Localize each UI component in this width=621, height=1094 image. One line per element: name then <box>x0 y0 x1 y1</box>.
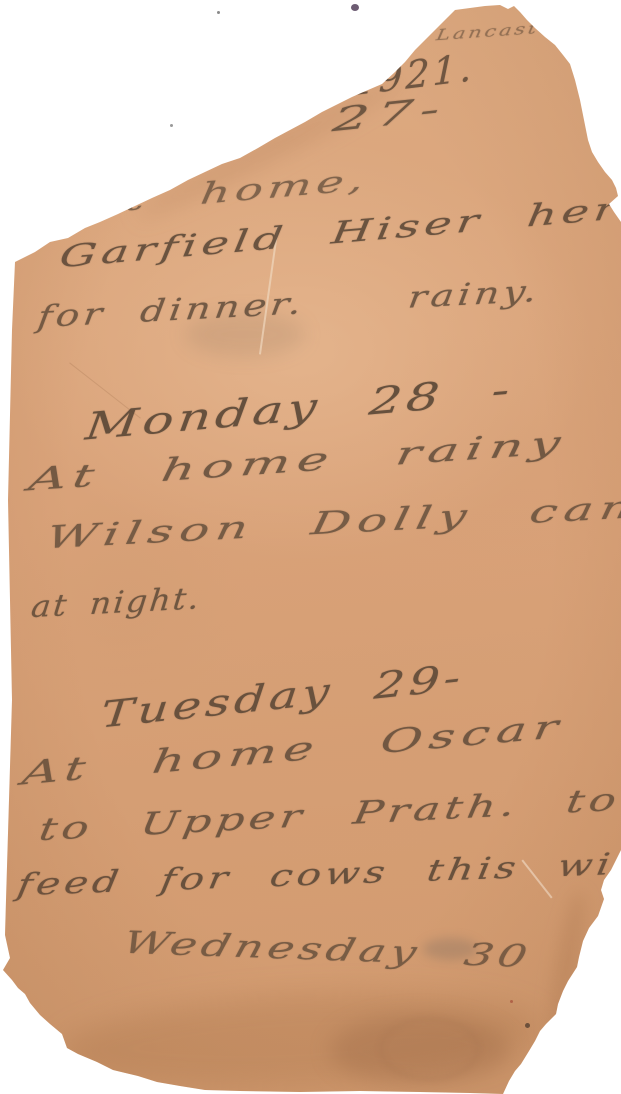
line-day-27: day 27- <box>126 89 449 161</box>
line-upper-prath: to Upper Prath. to get <box>37 775 621 849</box>
paper-stain <box>58 983 542 1094</box>
line-garfield-hiser: Garfield Hiser here <box>57 188 621 275</box>
line-wednesday-30: Wednesday 30 <box>119 925 535 975</box>
paper-stain <box>380 1018 479 1080</box>
ink-dot <box>525 1023 530 1028</box>
scan-speck <box>170 124 173 127</box>
line-for-dinner-rainy: for dinner. rainy. <box>35 274 542 336</box>
line-at-night: at night. <box>29 581 202 625</box>
paper-stain <box>330 1015 510 1085</box>
paper-scrap: Lancaster 1921. day 27- at home, Garfiel… <box>0 0 621 1094</box>
scan-speck <box>351 4 359 11</box>
paper-stain <box>543 889 591 1041</box>
line-at-home: at home, <box>91 162 370 221</box>
line-feed-for-cows: feed for cows this winter. <box>15 843 621 903</box>
corner-note-line: Lancaster <box>435 17 569 44</box>
scan-speck <box>217 11 220 14</box>
line-wilson-dolly-came: Wilson Dolly came <box>44 486 621 556</box>
ink-dot <box>510 1000 513 1003</box>
scan-background: Lancaster 1921. day 27- at home, Garfiel… <box>0 0 621 1094</box>
